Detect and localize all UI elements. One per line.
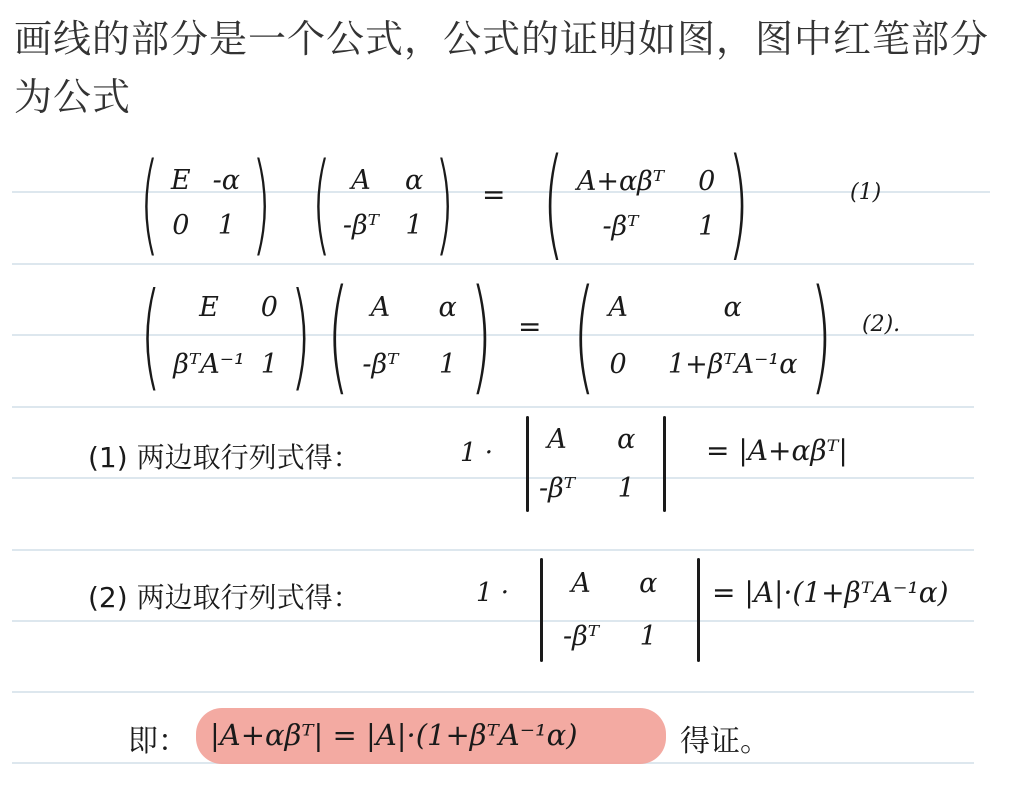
eq1-matrix-result: ( A+αβᵀ 0 -βᵀ 1 )	[530, 144, 762, 264]
step2-factor: 1 ·	[476, 578, 509, 608]
eq1-matrix-1: ( E -α 0 1 )	[128, 148, 283, 258]
left-paren: (	[543, 144, 564, 264]
right-paren: )	[290, 278, 310, 394]
highlighted-formula: |A+αβᵀ| = |A|·(1+βᵀA⁻¹α)	[210, 718, 578, 752]
matrix-entry: 0	[171, 210, 191, 241]
right-paren: )	[470, 274, 492, 398]
matrix-entry: 1	[405, 210, 423, 241]
ruled-line	[12, 620, 974, 622]
eq2-matrix-2: ( A α -βᵀ 1 )	[314, 274, 505, 398]
matrix-entry: 1	[261, 349, 278, 380]
matrix-entry: α	[639, 568, 657, 599]
left-paren: (	[573, 274, 595, 398]
matrix-entry: 1	[213, 210, 240, 241]
equals-sign: =	[518, 310, 541, 343]
right-paren: )	[728, 144, 749, 264]
matrix-entry: -βᵀ	[362, 349, 398, 380]
right-paren: )	[252, 148, 271, 258]
equals-sign: =	[482, 178, 505, 211]
equation-label-2: (2).	[862, 312, 900, 337]
step1-prefix: (1) 两边取行列式得：	[88, 436, 361, 476]
step1-determinant: A α -βᵀ 1	[526, 416, 666, 512]
matrix-entry: 0	[261, 292, 278, 323]
matrix-entry: α	[617, 424, 635, 455]
right-paren: )	[435, 148, 454, 258]
matrix-entry: 0	[608, 349, 628, 380]
eq1-matrix-2: ( A α -βᵀ 1 )	[300, 148, 466, 258]
matrix-entry: 1	[639, 621, 657, 652]
matrix-entry: -α	[213, 165, 240, 196]
step2-result: = |A|·(1+βᵀA⁻¹α)	[712, 576, 949, 609]
matrix-entry: βᵀA⁻¹	[173, 349, 245, 380]
equation-label-1: (1)	[850, 180, 881, 205]
right-paren: )	[811, 274, 833, 398]
ruled-line	[12, 549, 974, 551]
matrix-entry: A	[563, 568, 599, 599]
step2-determinant: A α -βᵀ 1	[540, 558, 700, 662]
left-paren: (	[327, 274, 349, 398]
question-text: 画线的部分是一个公式，公式的证明如图，图中红笔部分为公式	[14, 10, 1004, 126]
matrix-entry: 1	[438, 349, 456, 380]
matrix-entry: E	[171, 165, 191, 196]
matrix-entry: A	[362, 292, 398, 323]
det-bar-right	[697, 558, 700, 662]
matrix-entry: 1	[617, 473, 635, 504]
left-paren: (	[140, 148, 159, 258]
handwritten-proof-image: ( E -α 0 1 ) ( A α -βᵀ 1 ) = ( A+αβᵀ 0 -…	[0, 130, 1022, 802]
matrix-entry: A	[343, 165, 379, 196]
matrix-entry: 1	[698, 211, 715, 242]
conclusion-prefix: 即：	[128, 716, 188, 760]
det-bar-left	[526, 416, 529, 512]
matrix-entry: α	[438, 292, 456, 323]
step2-prefix: (2) 两边取行列式得：	[88, 576, 361, 616]
matrix-entry: A	[608, 292, 628, 323]
matrix-entry: α	[668, 292, 798, 323]
eq2-matrix-result: ( A α 0 1+βᵀA⁻¹α )	[560, 274, 846, 398]
eq2-matrix-1: ( E 0 βᵀA⁻¹ 1 )	[128, 278, 323, 394]
matrix-entry: α	[405, 165, 423, 196]
matrix-entry: A	[539, 424, 575, 455]
ruled-line	[12, 691, 974, 693]
det-bar-right	[663, 416, 666, 512]
matrix-entry: E	[173, 292, 245, 323]
matrix-entry: -βᵀ	[563, 621, 599, 652]
left-paren: (	[312, 148, 331, 258]
matrix-entry: -βᵀ	[343, 210, 379, 241]
left-paren: (	[140, 278, 160, 394]
conclusion-suffix: 得证。	[680, 716, 770, 760]
det-bar-left	[540, 558, 543, 662]
matrix-entry: 0	[698, 166, 715, 197]
matrix-entry: -βᵀ	[577, 211, 664, 242]
ruled-line	[12, 477, 974, 479]
matrix-entry: A+αβᵀ	[577, 166, 664, 197]
matrix-entry: 1+βᵀA⁻¹α	[668, 349, 798, 380]
step1-result: = |A+αβᵀ|	[706, 434, 848, 467]
step1-factor: 1 ·	[460, 438, 493, 468]
matrix-entry: -βᵀ	[539, 473, 575, 504]
